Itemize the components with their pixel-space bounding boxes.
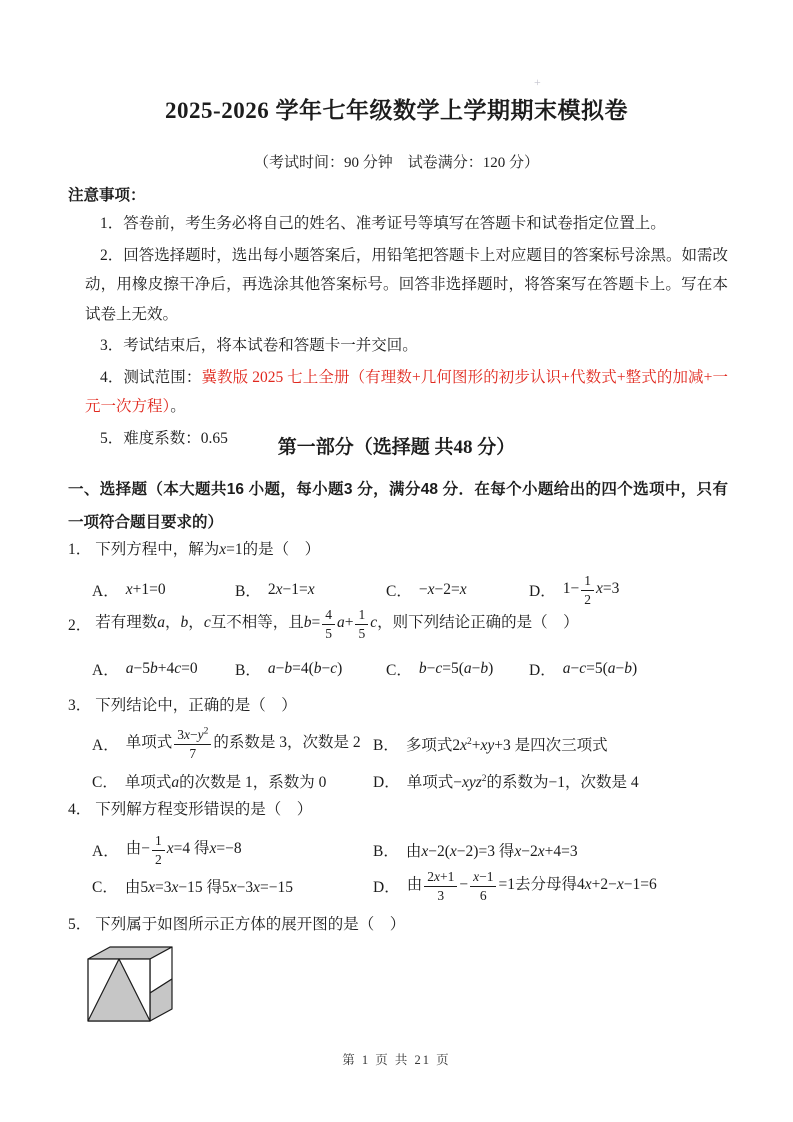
question-1-option-a: A．x+1=0 (92, 579, 235, 601)
option-math: a−5b+4c=0 (126, 660, 198, 678)
page-footer: 第 1 页 共 21 页 (0, 1050, 793, 1068)
question-4-stem: 4． 下列解方程变形错误的是（ ） (68, 791, 728, 824)
question-4-option-a: A．由−12x=4 得x=−8 (92, 833, 373, 866)
notice-item-4: 4．测试范围：冀教版 2025 七上全册（有理数+几何图形的初步认识+代数式+整… (68, 363, 728, 422)
question-2: 2． 若有理数a，b，c互不相等，且b=45a+15c，则下列结论正确的是（ ）… (68, 602, 728, 685)
option-label: B． (235, 579, 261, 601)
question-3-stem: 3． 下列结论中，正确的是（ ） (68, 687, 728, 720)
question-2-number: 2． (68, 613, 91, 635)
question-2-option-a: A．a−5b+4c=0 (92, 658, 235, 680)
question-1-stem: 1． 下列方程中，解为x=1的是（ ） (68, 531, 728, 564)
option-math: 2x−1=x (268, 581, 315, 599)
option-label: D． (529, 658, 556, 680)
option-label: B． (235, 658, 261, 680)
question-4-option-b: B．由x−2(x−2)=3 得x−2x+4=3 (373, 839, 578, 861)
option-label: C． (386, 579, 412, 601)
question-4-option-d: D．由2x+13−x−16=1去分母得4x+2−x−1=6 (373, 869, 657, 902)
exam-meta: （考试时间：90 分钟 试卷满分：120 分） (0, 150, 793, 176)
question-2-option-d: D．a−c=5(a−b) (529, 658, 637, 680)
question-1-number: 1． (68, 537, 91, 559)
option-math: 单项式3x−y27的系数是 3，次数是 2 (126, 727, 361, 760)
question-2-option-c: C．b−c=5(a−b) (386, 658, 529, 680)
question-3-option-a: A．单项式3x−y27的系数是 3，次数是 2 (92, 727, 373, 760)
option-math: b−c=5(a−b) (419, 660, 493, 678)
option-label: A． (92, 839, 119, 861)
cube-figure (85, 945, 177, 1025)
notice-item-1: 1．答卷前，考生务必将自己的姓名、准考证号等填写在答题卡和试卷指定位置上。 (68, 209, 728, 239)
notices-list: 1．答卷前，考生务必将自己的姓名、准考证号等填写在答题卡和试卷指定位置上。 2．… (68, 209, 728, 453)
question-1: 1． 下列方程中，解为x=1的是（ ） A．x+1=0 B．2x−1=x C．−… (68, 531, 728, 612)
question-5-number: 5． (68, 912, 91, 934)
option-math: a−c=5(a−b) (563, 660, 637, 678)
option-label: D． (529, 579, 556, 601)
question-1-stem-text: 下列方程中，解为x=1的是（ ） (95, 537, 320, 559)
option-label: D． (373, 770, 400, 792)
exam-paper-page: + 2025-2026 学年七年级数学上学期期末模拟卷 （考试时间：90 分钟 … (0, 0, 793, 1122)
question-1-option-c: C．−x−2=x (386, 579, 529, 601)
option-label: A． (92, 579, 119, 601)
option-math: 单项式−xyz2的系数为−1，次数是 4 (407, 770, 639, 792)
option-label: C． (92, 770, 118, 792)
notice-4-suffix: 。 (170, 398, 186, 415)
option-math: x+1=0 (126, 581, 166, 599)
question-2-stem: 2． 若有理数a，b，c互不相等，且b=45a+15c，则下列结论正确的是（ ） (68, 602, 728, 646)
question-3: 3． 下列结论中，正确的是（ ） A．单项式3x−y27的系数是 3，次数是 2… (68, 687, 728, 797)
question-4-options-row-2: C．由5x=3x−15 得5x−3x=−15 D．由2x+13−x−16=1去分… (92, 864, 728, 908)
option-math: 由2x+13−x−16=1去分母得4x+2−x−1=6 (407, 869, 657, 902)
question-3-number: 3． (68, 693, 91, 715)
question-2-stem-text: 若有理数a，b，c互不相等，且b=45a+15c，则下列结论正确的是（ ） (95, 607, 578, 640)
option-math: 由x−2(x−2)=3 得x−2x+4=3 (406, 839, 578, 861)
question-3-options-row-1: A．单项式3x−y27的系数是 3，次数是 2 B．多项式2x2+xy+3 是四… (92, 722, 728, 766)
section-one-heading: 第一部分（选择题 共48 分） (0, 433, 793, 463)
option-math: 单项式a的次数是 1，系数为 0 (125, 770, 327, 792)
question-4-stem-text: 下列解方程变形错误的是（ ） (95, 797, 312, 819)
question-5: 5． 下列属于如图所示正方体的展开图的是（ ） (68, 906, 728, 1030)
question-1-option-b: B．2x−1=x (235, 579, 386, 601)
question-5-figure (85, 945, 728, 1030)
option-math: 多项式2x2+xy+3 是四次三项式 (406, 733, 608, 755)
question-4: 4． 下列解方程变形错误的是（ ） A．由−12x=4 得x=−8 B．由x−2… (68, 791, 728, 908)
notices-heading: 注意事项： (68, 183, 146, 209)
option-label: A． (92, 733, 119, 755)
option-math: 由−12x=4 得x=−8 (126, 833, 242, 866)
notice-item-3: 3．考试结束后，将本试卷和答题卡一并交回。 (68, 331, 728, 361)
question-4-option-c: C．由5x=3x−15 得5x−3x=−15 (92, 875, 373, 897)
question-2-option-b: B．a−b=4(b−c) (235, 658, 386, 680)
option-label: C． (92, 875, 118, 897)
question-2-options: A．a−5b+4c=0 B．a−b=4(b−c) C．b−c=5(a−b) D．… (92, 652, 728, 685)
page-title: 2025-2026 学年七年级数学上学期期末模拟卷 (0, 94, 793, 128)
question-3-option-b: B．多项式2x2+xy+3 是四次三项式 (373, 733, 608, 755)
question-5-stem-text: 下列属于如图所示正方体的展开图的是（ ） (95, 912, 405, 934)
scan-artifact: + (534, 76, 541, 88)
question-5-stem: 5． 下列属于如图所示正方体的展开图的是（ ） (68, 906, 728, 939)
question-3-option-d: D．单项式−xyz2的系数为−1，次数是 4 (373, 770, 639, 792)
option-label: C． (386, 658, 412, 680)
option-label: D． (373, 875, 400, 897)
option-math: a−b=4(b−c) (268, 660, 342, 678)
question-4-number: 4． (68, 797, 91, 819)
option-label: A． (92, 658, 119, 680)
option-math: −x−2=x (419, 581, 467, 599)
question-3-stem-text: 下列结论中，正确的是（ ） (95, 693, 297, 715)
notice-item-2: 2．回答选择题时，选出每小题答案后，用铅笔把答题卡上对应题目的答案标号涂黑。如需… (68, 241, 728, 330)
question-3-option-c: C．单项式a的次数是 1，系数为 0 (92, 770, 373, 792)
section-one-intro: 一、选择题（本大题共16 小题，每小题3 分，满分48 分．在每个小题给出的四个… (68, 473, 728, 539)
option-label: B． (373, 733, 399, 755)
option-label: B． (373, 839, 399, 861)
notice-4-prefix: 4．测试范围： (100, 369, 201, 386)
option-math: 由5x=3x−15 得5x−3x=−15 (125, 875, 293, 897)
